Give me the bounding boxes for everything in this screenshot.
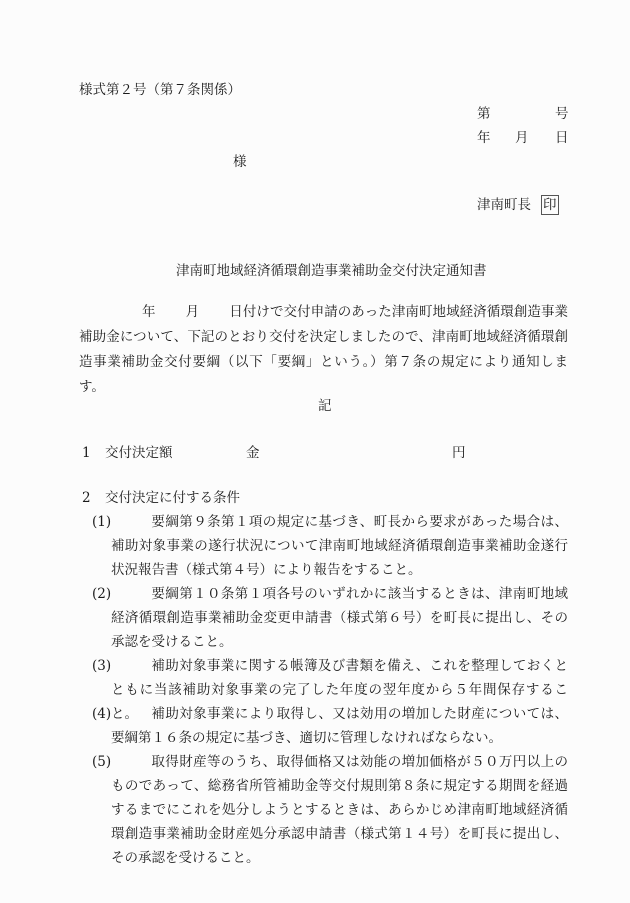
- reference-dai: 第: [477, 106, 491, 122]
- section1-number: 1: [82, 445, 91, 461]
- condition-item: (4) 補助対象事業により取得し、又は効用の増加した財産については、要綱第１６条…: [92, 702, 568, 750]
- recipient-suffix: 様: [233, 154, 247, 170]
- section2-number: 2: [82, 490, 91, 506]
- body-paragraph: 年月日付けで交付申請のあった津南町地域経済循環創造事業補助金について、下記のとお…: [79, 300, 568, 400]
- condition-text: 取得財産等のうち、取得価格又は効能の増加価格が５０万円以上のものであって、総務省…: [111, 754, 568, 866]
- condition-item: (2) 要綱第１０条第１項各号のいずれかに該当するときは、津南町地域経済循環創造…: [92, 582, 568, 654]
- condition-item: (1) 要綱第９条第１項の規定に基づき、町長から要求があった場合は、補助対象事業…: [92, 510, 568, 582]
- body-month: 月: [186, 304, 200, 320]
- condition-text: 補助対象事業により取得し、又は効用の増加した財産については、要綱第１６条の規定に…: [111, 706, 568, 746]
- form-number: 様式第２号（第７条関係）: [79, 82, 241, 98]
- issuer: 津南町長印: [477, 195, 559, 215]
- condition-label: (3): [92, 654, 111, 678]
- date-day: 日: [555, 130, 569, 146]
- section1-label: 交付決定額: [105, 445, 173, 461]
- issuer-name: 津南町長: [477, 197, 531, 213]
- seal-stamp: 印: [541, 195, 559, 215]
- condition-label: (5): [92, 750, 111, 774]
- section1-kin: 金: [246, 445, 260, 461]
- ki-heading: 記: [318, 398, 332, 414]
- date-month: 月: [515, 130, 529, 146]
- condition-label: (1): [92, 510, 111, 534]
- section1-en: 円: [452, 445, 466, 461]
- document-title: 津南町地域経済循環創造事業補助金交付決定通知書: [176, 263, 487, 279]
- condition-item: (5) 取得財産等のうち、取得価格又は効能の増加価格が５０万円以上のものであって…: [92, 750, 568, 870]
- reference-go: 号: [555, 106, 569, 122]
- condition-text: 要綱第９条第１項の規定に基づき、町長から要求があった場合は、補助対象事業の遂行状…: [111, 514, 568, 578]
- section2-label: 交付決定に付する条件: [105, 490, 240, 506]
- date-year: 年: [477, 130, 491, 146]
- condition-label: (4): [92, 702, 111, 726]
- condition-text: 要綱第１０条第１項各号のいずれかに該当するときは、津南町地域経済循環創造事業補助…: [111, 586, 568, 650]
- condition-label: (2): [92, 582, 111, 606]
- body-year: 年: [142, 304, 156, 320]
